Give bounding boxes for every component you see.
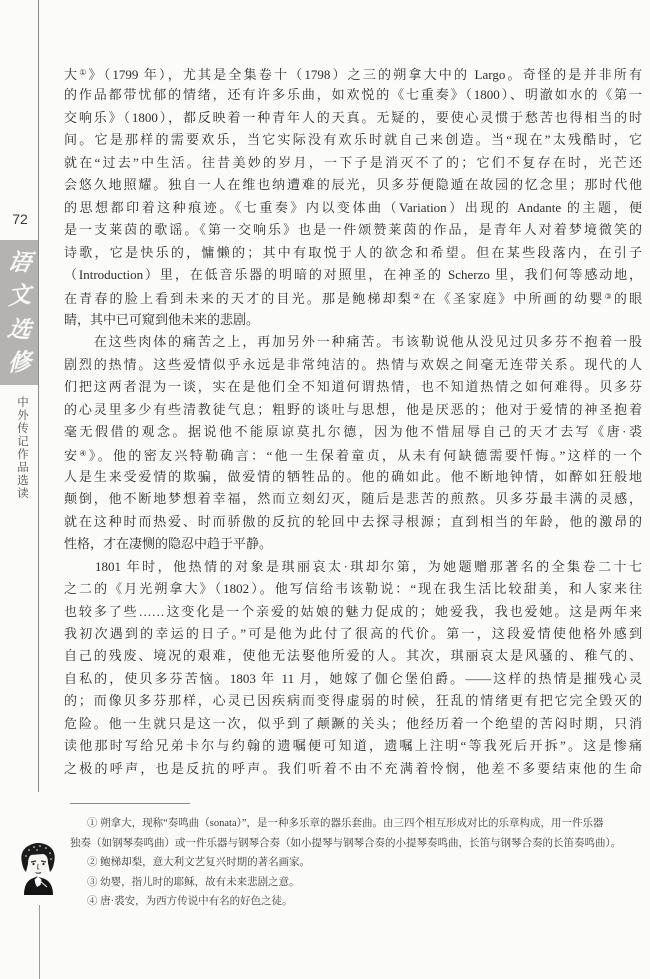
footnote-line: ④ 唐·裘安，为西方传说中有名的好色之徒。 bbox=[70, 892, 642, 912]
text-line: 也较多了些……这变化是一个亲爱的姑娘的魅力促成的；她爱我，我也爱她。这是两年来 bbox=[64, 601, 642, 623]
text-line: 间。它是那样的需要欢乐，当它实际没有欢乐时就自己来创造。当“现在”太残酷时，它 bbox=[64, 129, 642, 151]
text-line: 毫无假借的观念。据说他不能原谅莫扎尔德，因为他不惜屈辱自己的天才去写《唐·裘 bbox=[64, 421, 642, 443]
text-line: （Introduction）里，在低音乐器的明暗的对照里，在神圣的 Scherz… bbox=[64, 264, 642, 286]
text-line: 读他那时写给兄弟卡尔与约翰的遗嘱便可知道，遗嘱上注明“等我死后开拆”。这是惨痛 bbox=[64, 735, 642, 757]
footnote-line: 独奏（如钢琴奏鸣曲）或一件乐器与钢琴合奏（如小提琴与钢琴合奏的小提琴奏鸣曲，长笛… bbox=[70, 834, 642, 854]
text-line: 的心灵里多少有些清教徒气息；粗野的谈吐与思想，他是厌恶的；他对于爱情的神圣抱着 bbox=[64, 399, 642, 421]
series-badge-char: 选 bbox=[5, 317, 32, 341]
body-text: 大①》（1799 年），尤其是全集卷十（1798）之三的朔拿大中的 Largo。… bbox=[64, 62, 642, 780]
footnote-separator bbox=[70, 803, 190, 804]
page-number: 72 bbox=[6, 211, 34, 227]
text-line: 1801 年时，他热情的对象是琪丽哀太·琪却尔第，为她题赠那著名的全集卷二十七 bbox=[64, 556, 642, 578]
text-line: 性格，才在凄恻的隐忍中趋于平静。 bbox=[64, 533, 642, 555]
text-line: 的；而像贝多芬那样，心灵已因疾病而变得虚弱的时候，狂乱的情绪更有把它完全毁灭的 bbox=[64, 690, 642, 712]
text-line: 在青春的脸上看到未来的天才的目光。那是鲍梯却梨②在《圣家庭》中所画的幼婴③的眼 bbox=[64, 286, 642, 308]
series-badge-char: 文 bbox=[7, 283, 30, 308]
text-line: 大①》（1799 年），尤其是全集卷十（1798）之三的朔拿大中的 Largo。… bbox=[64, 62, 642, 84]
text-line: 诗歌，它是快乐的，慵懒的；其中有取悦于人的欲念和希望。但在某些段落内，在引子 bbox=[64, 242, 642, 264]
footnote-line: ③ 幼婴，指儿时的耶稣，故有未来悲剧之意。 bbox=[70, 873, 642, 893]
text-line: 自己的残废、境况的艰难，使他无法娶他所爱的人。其次，琪丽哀太是风骚的、稚气的、 bbox=[64, 645, 642, 667]
paragraph: 1801 年时，他热情的对象是琪丽哀太·琪却尔第，为她题赠那著名的全集卷二十七 … bbox=[64, 556, 642, 780]
series-badge-char: 语 bbox=[5, 251, 32, 275]
text-line: 是一支莱茵的歌谣。《第一交响乐》也是一件颂赞莱茵的作品，是青年人对着梦境微笑的 bbox=[64, 219, 642, 241]
paragraph: 在这些肉体的痛苦之上，再加另外一种痛苦。韦该勒说他从没见过贝多芬不抱着一股 剧烈… bbox=[64, 331, 642, 555]
footnote-line: ② 鲍梯却梨，意大利文艺复兴时期的著名画家。 bbox=[70, 853, 642, 873]
text-line: 我初次遇到的幸运的日子。”可是他为此付了很高的代价。第一，这段爱情使他格外感到 bbox=[64, 623, 642, 645]
text-line: 就在“过去”中生活。往昔美妙的岁月，一下子是消灭不了的；它们不复存在时，光芒还 bbox=[64, 152, 642, 174]
text-line: 剧烈的热情。这些爱情似乎永远是非常纯洁的。热情与欢娱之间毫无连带关系。现代的人 bbox=[64, 354, 642, 376]
text-line: 会悠久地照耀。独自一人在维也纳遭难的辰光，贝多芬便隐遁在故园的忆念里；那时代他 bbox=[64, 174, 642, 196]
footnotes: ① 朔拿大，现称“奏鸣曲（sonata）”，是一种多乐章的器乐套曲。由三四个相互… bbox=[70, 814, 642, 912]
text-line: 之二的《月光朔拿大》（1802）。他写信给韦该勒说：“现在我生活比较甜美，和人家… bbox=[64, 578, 642, 600]
text-line: 人是生来受爱情的欺骗，做爱情的牺牲品的。他的确如此。他不断地钟情，如醉如狂般地 bbox=[64, 466, 642, 488]
text-line: 自私的，使贝多芬苦恼。1803 年 11 月，她嫁了伽仑堡伯爵。——这样的热情是… bbox=[64, 668, 642, 690]
series-badge-char: 修 bbox=[7, 350, 31, 375]
text-line: 就在这种时而热爱、时而骄傲的反抗的轮回中去探寻根源；直到相当的年龄，他的激昂的 bbox=[64, 511, 642, 533]
text-line: 之极的呼声，也是反抗的呼声。我们听着不由不充满着怜悯，他差不多要结束他的生命 bbox=[64, 758, 642, 780]
text-line: 的作品都带忧郁的情绪，还有许多乐曲，如欢悦的《七重奏》（1800）、明澈如水的《… bbox=[64, 84, 642, 106]
beethoven-portrait-illustration bbox=[17, 841, 59, 895]
series-badge: 语 文 选 修 bbox=[0, 240, 38, 385]
text-line: 交响乐》（1800），都反映着一种青年人的天真。无疑的，要使心灵惯于愁苦也得相当… bbox=[64, 107, 642, 129]
text-line: 们把这两者混为一谈，实在是他们全不知道何谓热情，也不知道热情之如何难得。贝多芬 bbox=[64, 376, 642, 398]
left-rail-line-bottom bbox=[39, 905, 40, 979]
textbook-page: 72 语 文 选 修 中外传记作品选读 大①》（1799 年），尤其是全集卷十（… bbox=[0, 0, 650, 979]
text-line: 睛，其中已可窥到他未来的悲剧。 bbox=[64, 309, 642, 331]
book-subtitle-vertical: 中外传记作品选读 bbox=[14, 396, 30, 506]
text-line: 安④》。他的密友兴特勒确言：“他一生保着童贞，从未有何缺德需要忏悔。”这样的一个 bbox=[64, 443, 642, 465]
text-line: 危险。他一生就只是这一次，似乎到了颠蹶的关头；他经历着一个绝望的苦闷时期，只消 bbox=[64, 713, 642, 735]
footnote-line: ① 朔拿大，现称“奏鸣曲（sonata）”，是一种多乐章的器乐套曲。由三四个相互… bbox=[70, 814, 642, 834]
text-line: 颠倒，他不断地梦想着幸福，然而立刻幻灭，随后是悲苦的煎熬。贝多芬最丰满的灵感， bbox=[64, 488, 642, 510]
paragraph: 大①》（1799 年），尤其是全集卷十（1798）之三的朔拿大中的 Largo。… bbox=[64, 62, 642, 331]
text-line: 在这些肉体的痛苦之上，再加另外一种痛苦。韦该勒说他从没见过贝多芬不抱着一股 bbox=[64, 331, 642, 353]
left-rail-line-top bbox=[38, 0, 39, 792]
text-line: 的思想都印着这种痕迹。《七重奏》内以变体曲（Variation）出现的 Anda… bbox=[64, 197, 642, 219]
